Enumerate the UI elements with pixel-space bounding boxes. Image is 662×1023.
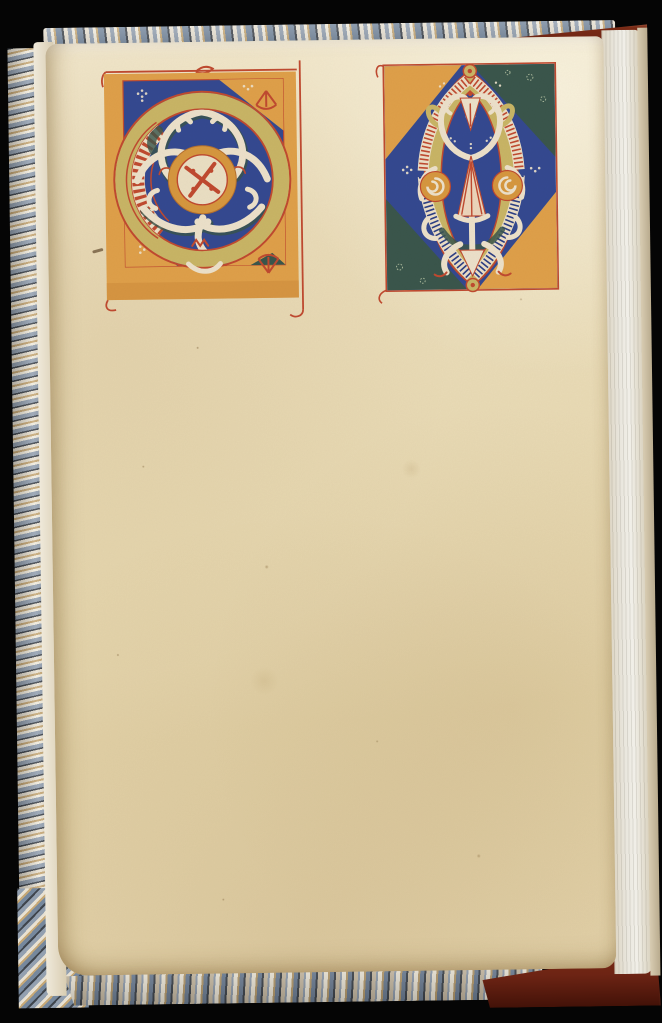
vellum-page xyxy=(45,36,616,976)
central-cross-medallion xyxy=(168,145,237,214)
initial-right-art xyxy=(380,57,563,299)
open-book xyxy=(5,20,661,1013)
illuminated-initial-right xyxy=(380,57,563,299)
photo-backdrop xyxy=(0,0,662,1023)
illuminated-initial-left xyxy=(98,66,307,309)
initial-left-art xyxy=(98,66,307,309)
